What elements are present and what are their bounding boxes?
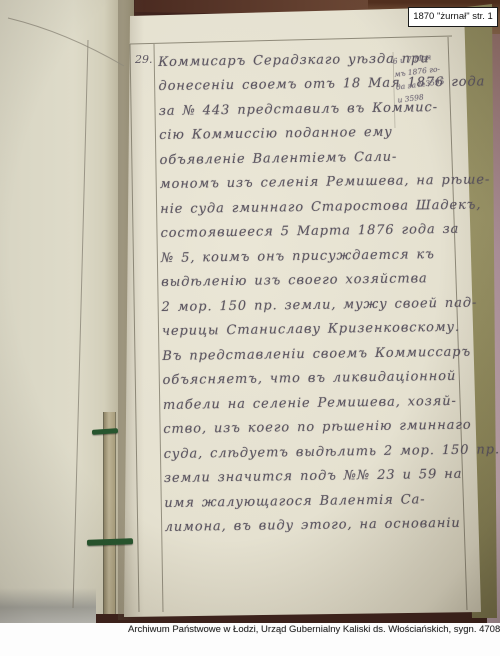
- archival-photograph: 29. Коммисаръ Серадзкаго уѣзда при донес…: [0, 0, 500, 623]
- archive-reference-label: 1870 "żurnał" str. 1: [408, 7, 498, 27]
- gutter-shadow: [118, 0, 144, 620]
- caption-band: Archiwum Państwowe w Łodzi, Urząd Gubern…: [0, 623, 500, 656]
- screenshot: 29. Коммисаръ Серадзкаго уѣзда при донес…: [0, 0, 500, 656]
- entry-number: 29.: [135, 53, 153, 66]
- archive-caption: Archiwum Państwowe w Łodzi, Urząd Gubern…: [128, 624, 472, 635]
- margin-note: 6 и 7 Мая мъ 1876 го- да за №3595 и 3598: [392, 48, 456, 107]
- binding-cord-channel: [103, 412, 116, 614]
- bottom-left-shadow: [0, 588, 96, 623]
